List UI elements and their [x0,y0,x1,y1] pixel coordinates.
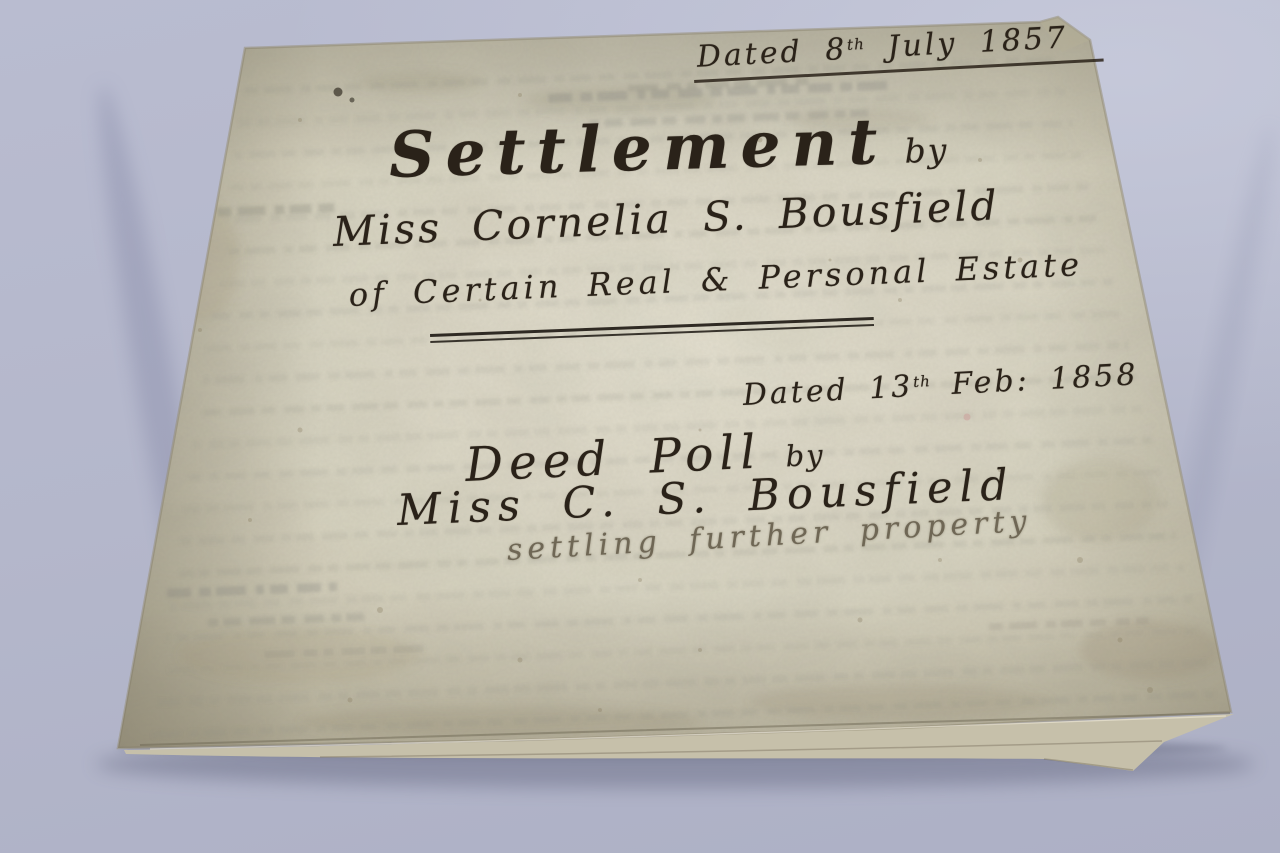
foxing-dot [298,118,302,122]
foxing-dot [1147,687,1153,693]
foxing-dot [198,328,202,332]
foxing-dot [1118,638,1123,643]
ink-blot [350,98,355,103]
foxing-dot [298,428,303,433]
foxing-dot [978,158,982,162]
foxing-dot [698,648,702,652]
document-title: Settlement [388,104,889,192]
foxing-dot [1077,557,1083,563]
photograph-of-deed: Dated 8th July 1857 Settlementby Miss Co… [0,0,1280,853]
second-date-ordinal: th [913,372,932,391]
foxing-dot [598,708,602,712]
foxing-dot [518,658,523,663]
foxing-dot [938,558,942,562]
foxing-dot [377,607,383,613]
foxing-dot [898,298,902,302]
foxing-dot [638,578,642,582]
foxing-dot [858,618,863,623]
top-date-day: Dated 8 [696,32,848,75]
ink-blot [334,88,343,97]
title-by-word: by [904,130,949,170]
pink-speck [964,414,971,421]
top-date-ordinal: th [847,35,866,54]
foxing-dot [348,698,353,703]
foxing-dot [518,93,522,97]
document-title-line: Settlementby [388,102,949,192]
foxing-dot [248,518,252,522]
